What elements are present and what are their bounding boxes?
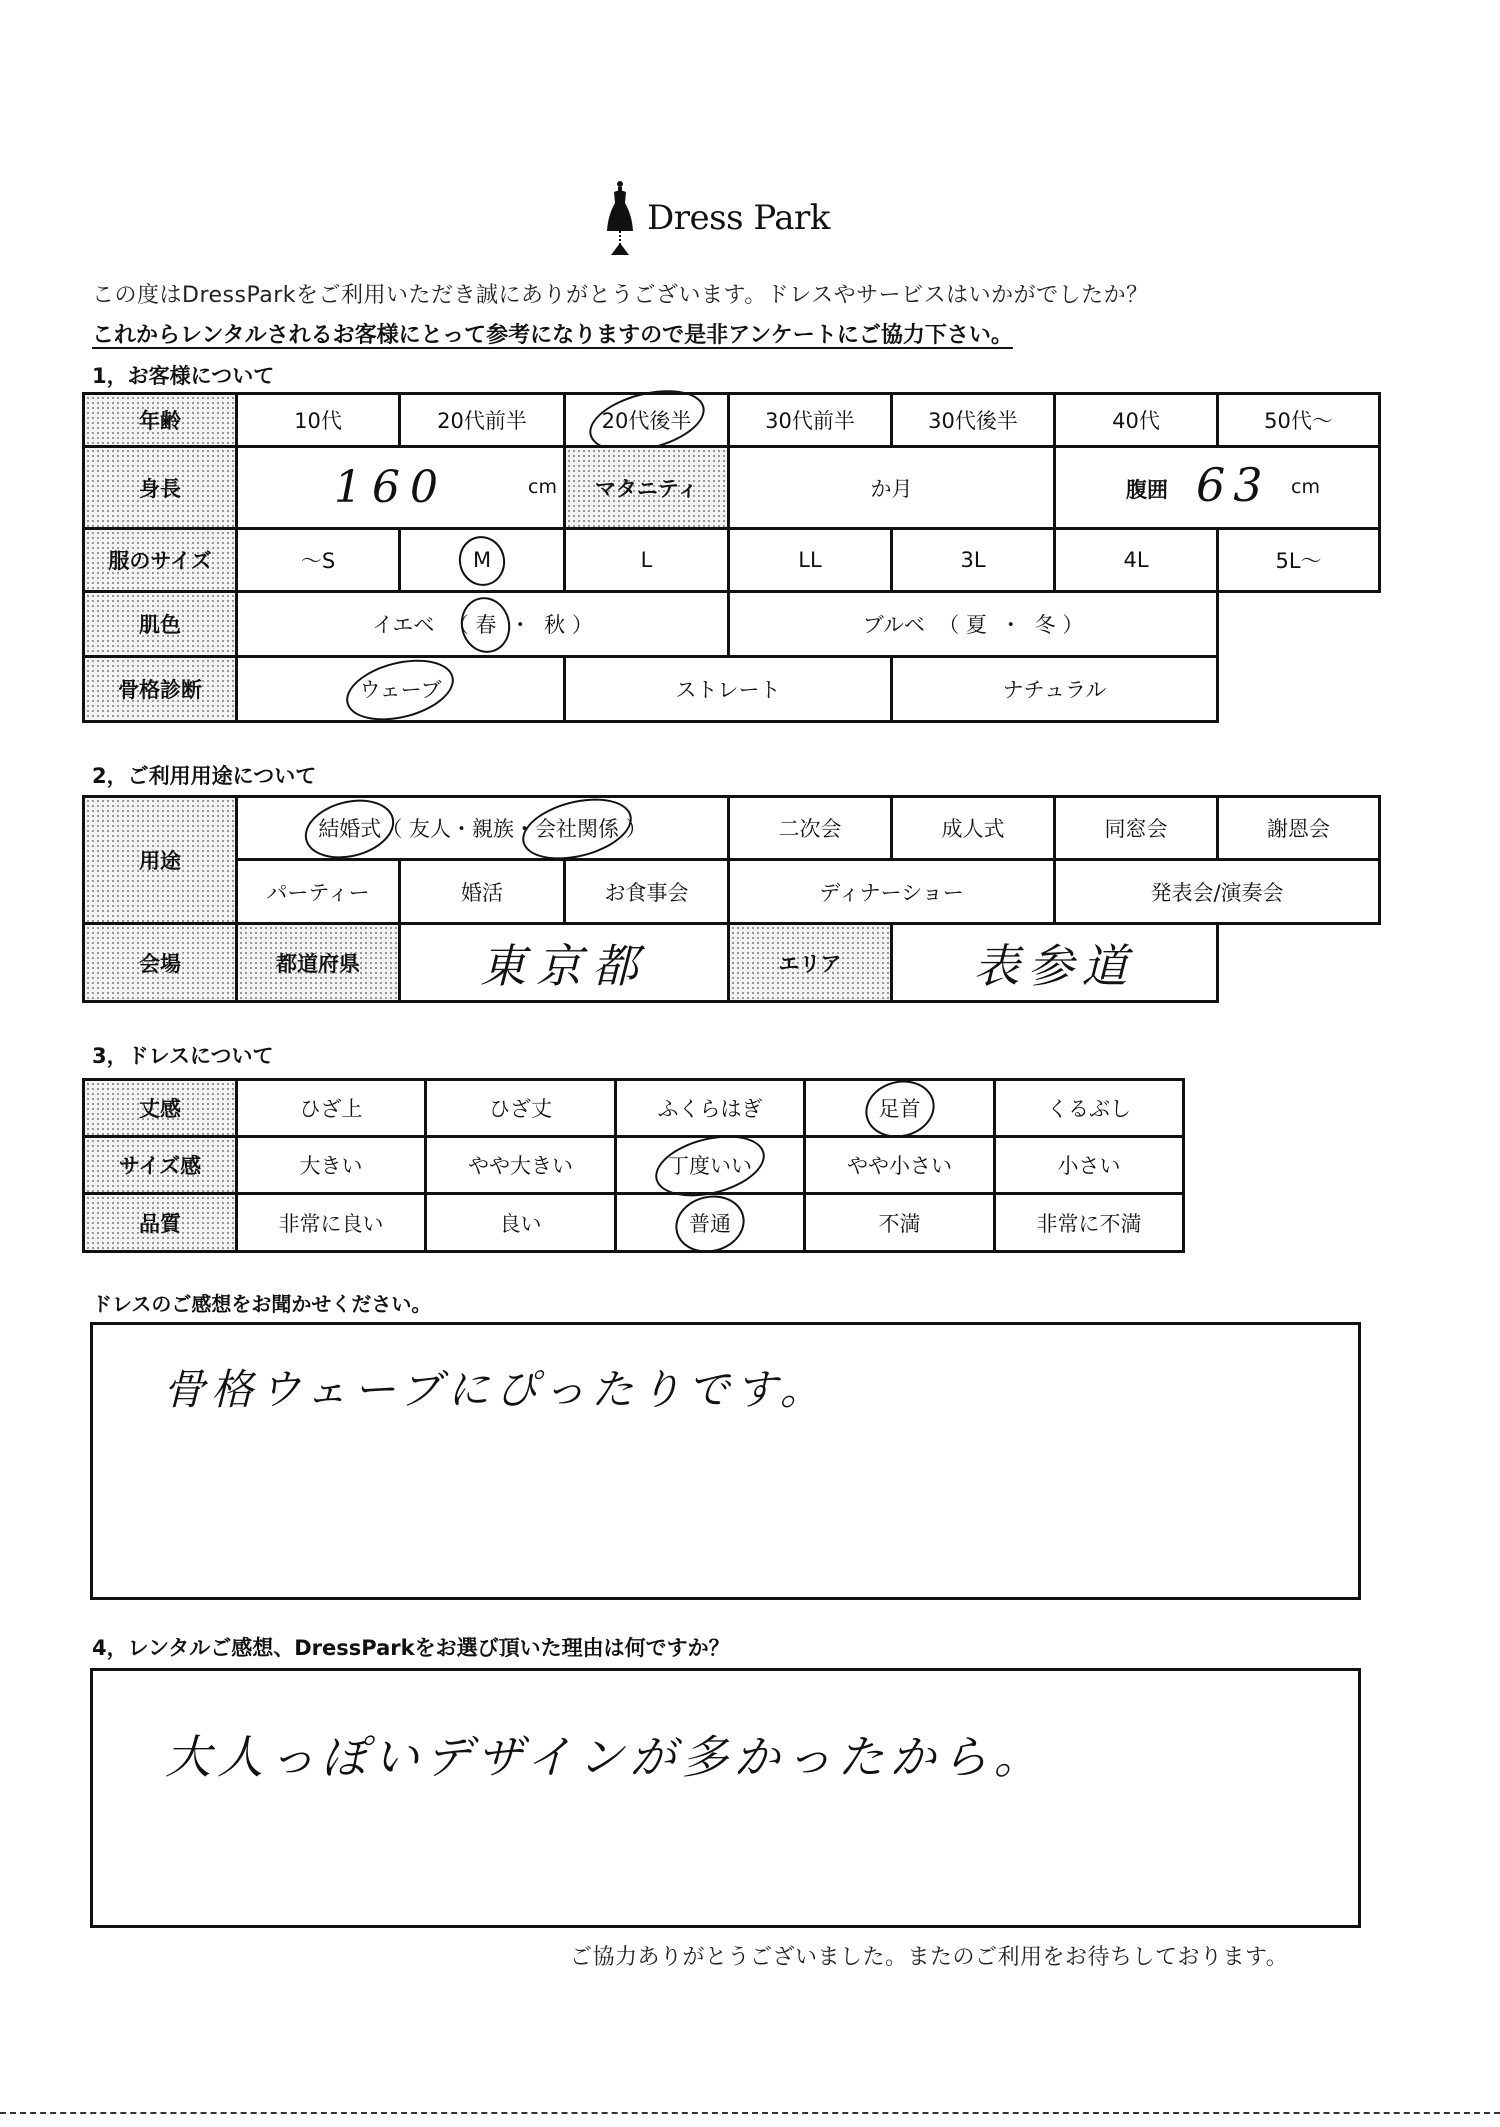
height-unit: cm: [528, 476, 557, 498]
skeleton-label: 骨格診断: [84, 657, 237, 722]
spring-option-selected[interactable]: 春: [475, 609, 496, 639]
empty-cell: [1218, 592, 1380, 657]
age-option-selected[interactable]: 20代後半: [565, 394, 729, 447]
friend-option[interactable]: 友人: [409, 817, 451, 841]
selection-circle: M: [473, 548, 491, 572]
size-option-selected[interactable]: M: [400, 529, 565, 592]
company-selected[interactable]: 会社関係: [535, 813, 619, 843]
maternity-label: マタニティ: [565, 447, 729, 529]
fit-option[interactable]: やや小さい: [805, 1137, 995, 1194]
quality-option-selected[interactable]: 普通: [616, 1194, 805, 1252]
intro-text: この度はDressParkをご利用いただき誠にありがとうございます。ドレスやサー…: [92, 278, 1149, 309]
paren-close: ）: [1062, 613, 1083, 637]
fit-row: サイズ感 大きい やや大きい 丁度いい やや小さい 小さい: [84, 1137, 1184, 1194]
yellow-base-option[interactable]: イエベ （ 春 ・ 秋 ）: [237, 592, 729, 657]
separator: ・: [1000, 613, 1021, 637]
summer-option[interactable]: 夏: [966, 613, 987, 637]
area-label: エリア: [729, 924, 892, 1002]
selection-circle: 足首: [879, 1093, 921, 1123]
waist-field[interactable]: 腹囲 63 cm: [1055, 447, 1380, 529]
age-option[interactable]: 30代前半: [729, 394, 892, 447]
venue-label: 会場: [84, 924, 237, 1002]
dress-comment-answer: 骨格ウェーブにぴったりです。: [163, 1357, 828, 1417]
thank-you-message: ご協力ありがとうございました。またのご利用をお待ちしております。: [570, 1940, 1288, 1971]
waist-value: 63: [1196, 458, 1271, 512]
customer-info-table: 年齢 10代 20代前半 20代後半 30代前半 30代後半 40代 50代～ …: [82, 392, 1381, 723]
waist-label: 腹囲: [1126, 474, 1168, 504]
length-option[interactable]: ひざ丈: [426, 1080, 616, 1137]
area-value: 表参道: [974, 939, 1136, 993]
skeleton-option-selected[interactable]: ウェーブ: [237, 657, 565, 722]
separator: ・: [451, 817, 472, 841]
age-option[interactable]: 20代前半: [400, 394, 565, 447]
section1-title: 1，お客様について: [92, 360, 274, 390]
size-option[interactable]: LL: [729, 529, 892, 592]
selection-circle: 普通: [689, 1208, 731, 1238]
size-option[interactable]: ～S: [237, 529, 400, 592]
brand-name: Dress Park: [647, 198, 830, 238]
reason-comment-box[interactable]: 大人っぽいデザインが多かったから。: [90, 1668, 1361, 1928]
height-label: 身長: [84, 447, 237, 529]
relative-option[interactable]: 親族: [472, 817, 514, 841]
quality-option[interactable]: 良い: [426, 1194, 616, 1252]
age-option[interactable]: 10代: [237, 394, 400, 447]
fit-option-selected[interactable]: 丁度いい: [616, 1137, 805, 1194]
skin-tone-label: 肌色: [84, 592, 237, 657]
quality-option[interactable]: 非常に不満: [995, 1194, 1184, 1252]
age-option[interactable]: 50代～: [1218, 394, 1380, 447]
empty-cell: [1218, 657, 1380, 722]
usage-option[interactable]: 婚活: [400, 860, 565, 924]
prefecture-label: 都道府県: [237, 924, 400, 1002]
prefecture-value: 東京都: [480, 939, 648, 993]
height-value: 160: [334, 462, 448, 513]
separator: ・: [510, 613, 531, 637]
usage-option[interactable]: 二次会: [729, 797, 892, 860]
dress-comment-prompt: ドレスのご感想をお聞かせください。: [92, 1288, 431, 1317]
dress-mannequin-icon: [605, 179, 635, 257]
empty-cell: [1218, 924, 1380, 1002]
size-option[interactable]: 3L: [892, 529, 1055, 592]
size-row: 服のサイズ ～S M L LL 3L 4L 5L～: [84, 529, 1380, 592]
cut-line: [0, 2112, 1500, 2114]
skin-tone-row: 肌色 イエベ （ 春 ・ 秋 ） ブルベ （ 夏 ・ 冬 ）: [84, 592, 1380, 657]
length-option[interactable]: ひざ上: [237, 1080, 426, 1137]
quality-option[interactable]: 不満: [805, 1194, 995, 1252]
section3-title: 3，ドレスについて: [92, 1040, 274, 1070]
skeleton-row: 骨格診断 ウェーブ ストレート ナチュラル: [84, 657, 1380, 722]
autumn-option[interactable]: 秋: [544, 613, 565, 637]
wedding-option[interactable]: 結婚式（ 友人・親族・会社関係 ）: [237, 797, 729, 860]
quality-row: 品質 非常に良い 良い 普通 不満 非常に不満: [84, 1194, 1184, 1252]
length-label: 丈感: [84, 1080, 237, 1137]
length-option-selected[interactable]: 足首: [805, 1080, 995, 1137]
selection-circle: 20代後半: [602, 405, 692, 435]
survey-request: これからレンタルされるお客様にとって参考になりますので是非アンケートにご協力下さ…: [92, 318, 1013, 349]
fit-option[interactable]: 大きい: [237, 1137, 426, 1194]
section4-title: 4，レンタルご感想、DressParkをお選び頂いた理由は何ですか？: [92, 1632, 730, 1662]
usage-row-1: 用途 結婚式（ 友人・親族・会社関係 ） 二次会 成人式 同窓会 謝恩会: [84, 797, 1380, 860]
age-option[interactable]: 40代: [1055, 394, 1218, 447]
dress-comment-box[interactable]: 骨格ウェーブにぴったりです。: [90, 1322, 1361, 1600]
maternity-unit: か月: [871, 477, 913, 501]
age-row: 年齢 10代 20代前半 20代後半 30代前半 30代後半 40代 50代～: [84, 394, 1380, 447]
fit-option[interactable]: やや大きい: [426, 1137, 616, 1194]
prefecture-field[interactable]: 東京都: [400, 924, 729, 1002]
purpose-label: 用途: [84, 797, 237, 924]
usage-option[interactable]: パーティー: [237, 860, 400, 924]
paren-close: ）: [572, 613, 593, 637]
selection-circle: 丁度いい: [668, 1150, 752, 1180]
blue-base-option[interactable]: ブルベ （ 夏 ・ 冬 ）: [729, 592, 1218, 657]
usage-option[interactable]: 発表会/演奏会: [1055, 860, 1380, 924]
waist-unit: cm: [1291, 476, 1320, 498]
usage-row-2: パーティー 婚活 お食事会 ディナーショー 発表会/演奏会: [84, 860, 1380, 924]
quality-option[interactable]: 非常に良い: [237, 1194, 426, 1252]
size-option[interactable]: L: [565, 529, 729, 592]
venue-row: 会場 都道府県 東京都 エリア 表参道: [84, 924, 1380, 1002]
quality-label: 品質: [84, 1194, 237, 1252]
usage-option[interactable]: 同窓会: [1055, 797, 1218, 860]
winter-option[interactable]: 冬: [1035, 613, 1056, 637]
wedding-selected[interactable]: 結婚式: [318, 813, 381, 843]
usage-option[interactable]: ディナーショー: [729, 860, 1055, 924]
usage-option[interactable]: お食事会: [565, 860, 729, 924]
age-option[interactable]: 30代後半: [892, 394, 1055, 447]
usage-table: 用途 結婚式（ 友人・親族・会社関係 ） 二次会 成人式 同窓会 謝恩会 パーテ…: [82, 795, 1381, 1003]
length-option[interactable]: ふくらはぎ: [616, 1080, 805, 1137]
length-option[interactable]: くるぶし: [995, 1080, 1184, 1137]
paren-open: （: [938, 613, 959, 637]
skeleton-option[interactable]: ナチュラル: [892, 657, 1218, 722]
blue-base-label: ブルベ: [863, 613, 925, 637]
section2-title: 2，ご利用用途について: [92, 760, 316, 790]
maternity-field[interactable]: か月: [729, 447, 1055, 529]
size-option[interactable]: 4L: [1055, 529, 1218, 592]
usage-option[interactable]: 成人式: [892, 797, 1055, 860]
dress-table: 丈感 ひざ上 ひざ丈 ふくらはぎ 足首 くるぶし サイズ感 大きい やや大きい …: [82, 1078, 1185, 1253]
skeleton-option[interactable]: ストレート: [565, 657, 892, 722]
size-label: 服のサイズ: [84, 529, 237, 592]
height-field[interactable]: 160 cm: [237, 447, 565, 529]
usage-option[interactable]: 謝恩会: [1218, 797, 1380, 860]
size-option[interactable]: 5L～: [1218, 529, 1380, 592]
length-row: 丈感 ひざ上 ひざ丈 ふくらはぎ 足首 くるぶし: [84, 1080, 1184, 1137]
selection-circle: ウェーブ: [359, 674, 441, 704]
fit-label: サイズ感: [84, 1137, 237, 1194]
brand-logo: Dress Park: [605, 178, 830, 258]
yellow-base-label: イエベ: [372, 613, 434, 637]
area-field[interactable]: 表参道: [892, 924, 1218, 1002]
fit-option[interactable]: 小さい: [995, 1137, 1184, 1194]
age-label: 年齢: [84, 394, 237, 447]
reason-answer: 大人っぽいデザインが多かったから。: [165, 1721, 1046, 1787]
measurements-row: 身長 160 cm マタニティ か月 腹囲 63 cm: [84, 447, 1380, 529]
